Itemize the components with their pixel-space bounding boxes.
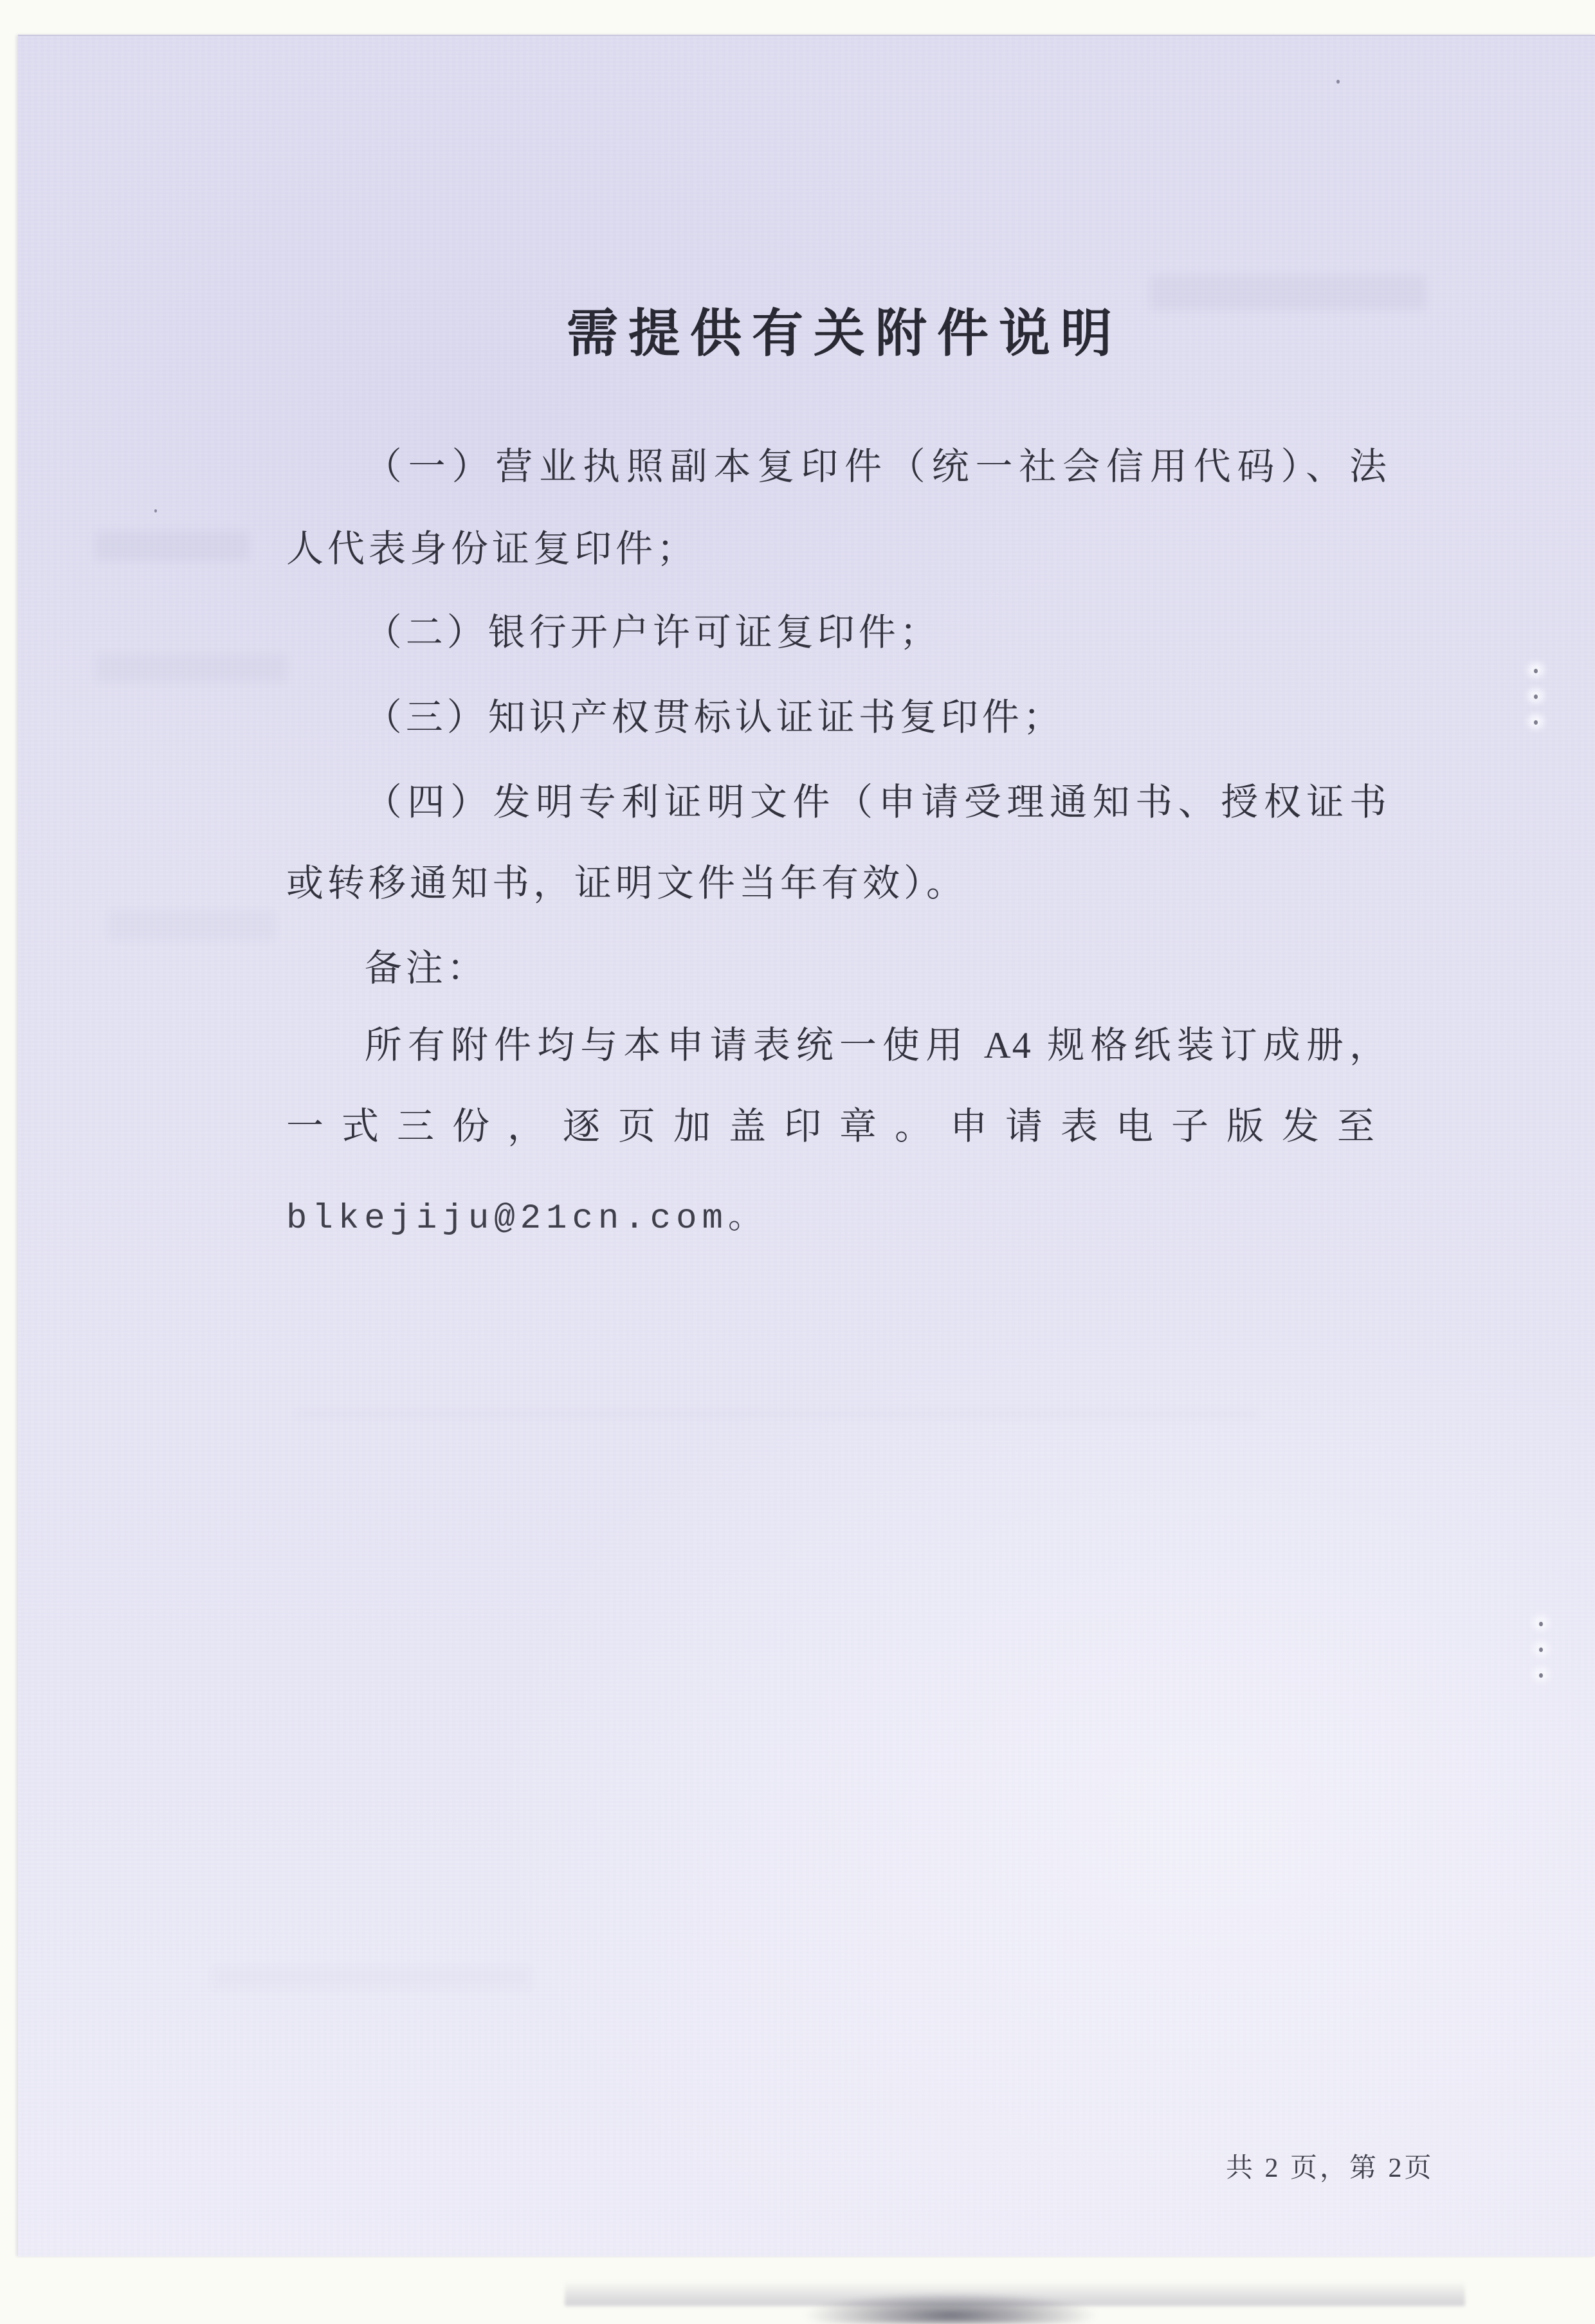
scan-speck bbox=[1336, 80, 1340, 84]
binding-hole bbox=[1531, 718, 1540, 725]
binding-hole-marks bbox=[1523, 666, 1549, 743]
page-number-footer: 共 2 页，第 2页 bbox=[1226, 2147, 1434, 2185]
binding-hole bbox=[1536, 1671, 1545, 1678]
remark-note-line-1: 所有附件均与本申请表统一使用 A4 规格纸装订成册， bbox=[286, 1015, 1388, 1065]
scanned-page: 需提供有关附件说明 （一）营业执照副本复印件（统一社会信用代码）、法 人代表身份… bbox=[18, 35, 1595, 2256]
bleed-through-ghost bbox=[211, 1965, 533, 1991]
bleed-through-ghost bbox=[108, 911, 275, 940]
binding-hole-marks bbox=[1528, 1619, 1554, 1696]
email-address: blkejiju@21cn.com。 bbox=[286, 1188, 1388, 1239]
bleed-through-ghost bbox=[95, 531, 250, 561]
remark-label: 备注： bbox=[286, 938, 1388, 988]
attachment-item-3: （三）知识产权贯标认证证书复印件； bbox=[286, 687, 1388, 737]
attachment-item-4-line-2: 或转移通知书，证明文件当年有效）。 bbox=[286, 853, 1388, 903]
attachment-item-4-line-1: （四）发明专利证明文件（申请受理通知书、授权证书 bbox=[286, 772, 1388, 822]
scan-speck bbox=[154, 509, 157, 513]
binding-hole bbox=[1536, 1645, 1545, 1653]
binding-hole bbox=[1536, 1619, 1545, 1627]
attachment-item-1-line-2: 人代表身份证复印件； bbox=[286, 518, 1388, 568]
remark-note-line-2: 一式三份，逐页加盖印章。申请表电子版发至 bbox=[286, 1096, 1388, 1146]
attachment-item-2: （二）银行开户许可证复印件； bbox=[286, 602, 1388, 652]
bleed-through-ghost bbox=[1150, 275, 1426, 310]
bleed-through-ghost bbox=[295, 1411, 1259, 1417]
scan-speck bbox=[507, 1222, 509, 1225]
binding-hole bbox=[1531, 692, 1540, 700]
bleed-through-ghost bbox=[95, 653, 288, 683]
binding-hole bbox=[1531, 666, 1540, 674]
attachment-item-1-line-1: （一）营业执照副本复印件（统一社会信用代码）、法 bbox=[286, 436, 1388, 486]
